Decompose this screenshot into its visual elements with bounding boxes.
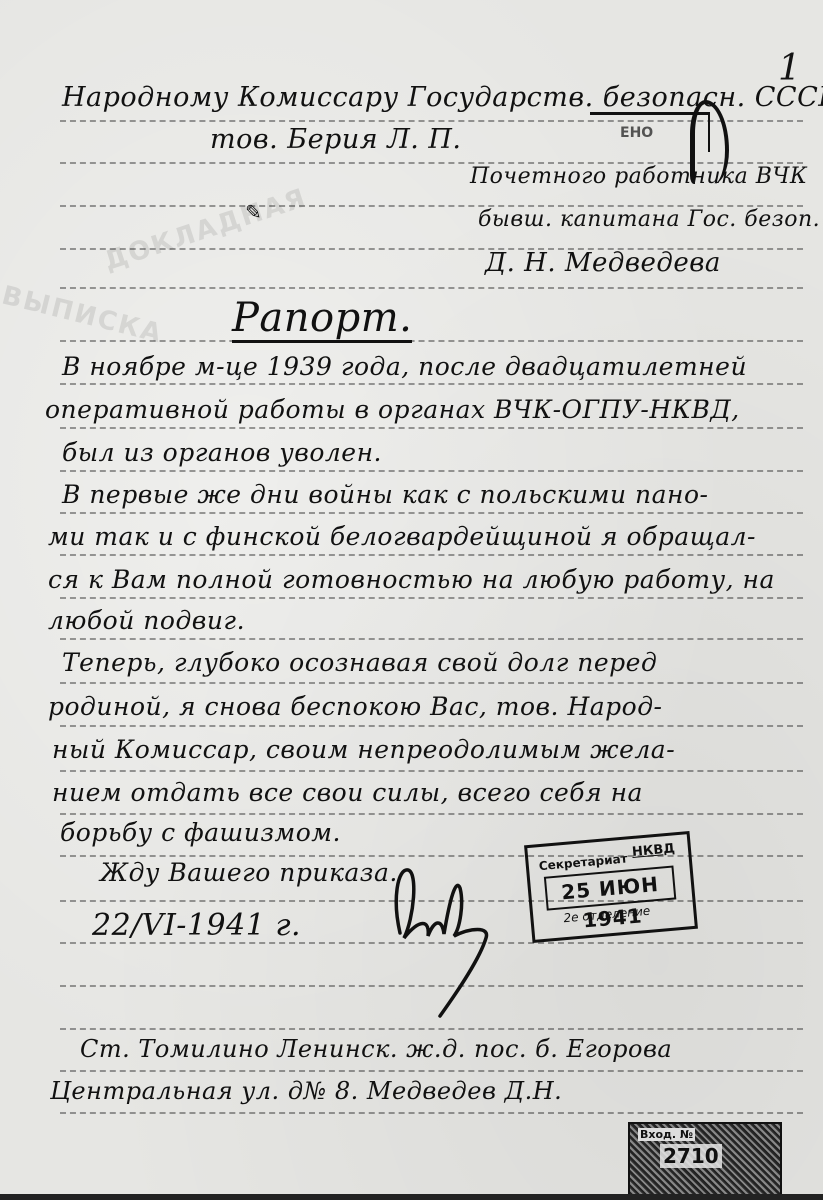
- signature-icon: [390, 858, 500, 1018]
- body-line: ми так и с финской белогвардейщиной я об…: [48, 522, 756, 551]
- addressee-line-1: Народному Комиссару Государств. безопасн…: [62, 82, 823, 113]
- closing-line: Жду Вашего приказа.: [100, 858, 398, 887]
- received-stamp: Секретариат НКВД 25 ИЮН 1941 2е отделени…: [524, 831, 698, 943]
- address-line-1: Ст. Томилино Ленинск. ж.д. пос. б. Егоро…: [80, 1035, 672, 1063]
- body-line: борьбу с фашизмом.: [60, 818, 341, 847]
- addressee-line-2: тов. Берия Л. П.: [210, 124, 462, 155]
- body-line: В ноябре м-це 1939 года, после двадцатил…: [62, 352, 747, 381]
- stamp-code: НКВД: [631, 841, 675, 860]
- stamp-date: 25 ИЮН 1941: [544, 865, 676, 910]
- body-line: ся к Вам полной готовностью на любую раб…: [48, 565, 775, 594]
- body-line: Теперь, глубоко осознавая свой долг пере…: [62, 648, 657, 677]
- document-page: ДОКЛАДНАЯ ВЫПИСКА 1 ЕНО ✎ Народному Коми…: [0, 0, 823, 1200]
- body-line: оперативной работы в органах ВЧК-ОГПУ-НК…: [45, 395, 740, 424]
- sender-line-2: бывш. капитана Гос. безоп.: [478, 207, 820, 232]
- sender-line-3: Д. Н. Медведева: [485, 248, 721, 278]
- body-line: был из органов уволен.: [62, 438, 382, 467]
- scan-edge: [0, 1194, 823, 1200]
- document-title: Рапорт.: [232, 296, 412, 343]
- document-date: 22/VI-1941 г.: [92, 908, 301, 943]
- sender-line-1: Почетного работника ВЧК: [470, 164, 807, 189]
- body-line: родиной, я снова беспокою Вас, тов. Наро…: [48, 692, 663, 721]
- body-line: нием отдать все свои силы, всего себя на: [52, 778, 643, 807]
- ghost-stamp: ДОКЛАДНАЯ: [101, 183, 311, 277]
- incoming-stamp-label: Вход. №: [638, 1128, 695, 1141]
- body-line: В первые же дни войны как с польскими па…: [62, 480, 709, 509]
- incoming-stamp: Вход. № 2710: [628, 1122, 782, 1196]
- body-line: любой подвиг.: [48, 606, 245, 635]
- pencil-mark-icon: ✎: [245, 200, 262, 224]
- body-line: ный Комиссар, своим непреодолимым жела-: [52, 735, 675, 764]
- address-line-2: Центральная ул. д№ 8. Медведев Д.Н.: [50, 1077, 562, 1105]
- incoming-stamp-number: 2710: [660, 1144, 722, 1168]
